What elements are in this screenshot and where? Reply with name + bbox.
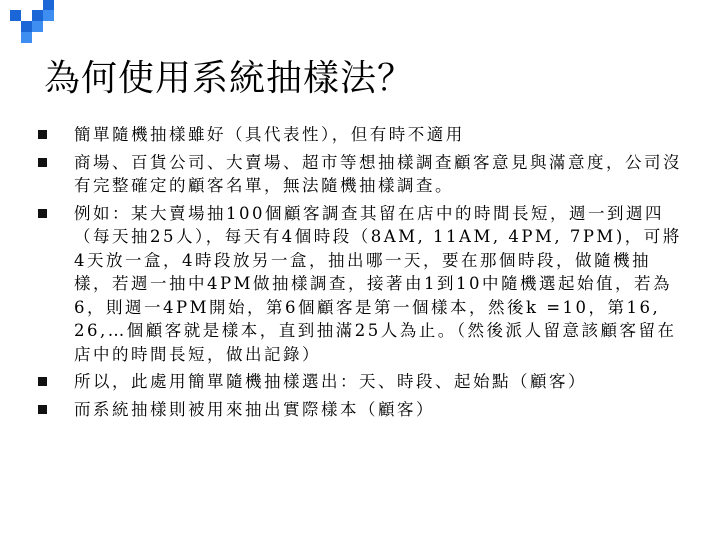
slide-title: 為何使用系統抽樣法？ <box>44 50 414 101</box>
bullet-item: 商場、百貨公司、大賣場、超市等想抽樣調查顧客意見與滿意度，公司沒有完整確定的顧客… <box>38 151 688 198</box>
bullet-item: 簡單隨機抽樣雖好（具代表性），但有時不適用 <box>38 123 688 147</box>
square-bullet-icon <box>38 405 47 414</box>
logo-square <box>10 10 21 21</box>
logo-square <box>21 32 32 43</box>
bullet-text: 簡單隨機抽樣雖好（具代表性），但有時不適用 <box>74 125 465 144</box>
bullet-list: 簡單隨機抽樣雖好（具代表性），但有時不適用 商場、百貨公司、大賣場、超市等想抽樣… <box>38 123 688 425</box>
logo-square <box>21 21 32 32</box>
logo-square <box>32 21 43 32</box>
logo-square <box>43 10 54 21</box>
square-bullet-icon <box>38 130 47 139</box>
bullet-item: 而系統抽樣則被用來抽出實際樣本（顧客） <box>38 398 688 422</box>
square-bullet-icon <box>38 158 47 167</box>
bullet-item: 所以，此處用簡單隨機抽樣選出：天、時段、起始點（顧客） <box>38 370 688 394</box>
bullet-item: 例如：某大賣場抽100個顧客調查其留在店中的時間長短，週一到週四（每天抽25人）… <box>38 202 688 367</box>
logo <box>0 0 60 45</box>
bullet-text: 所以，此處用簡單隨機抽樣選出：天、時段、起始點（顧客） <box>74 372 587 391</box>
logo-square <box>32 10 43 21</box>
square-bullet-icon <box>38 377 47 386</box>
bullet-text: 商場、百貨公司、大賣場、超市等想抽樣調查顧客意見與滿意度，公司沒有完整確定的顧客… <box>74 153 682 196</box>
bullet-text: 例如：某大賣場抽100個顧客調查其留在店中的時間長短，週一到週四（每天抽25人）… <box>74 204 682 364</box>
bullet-text: 而系統抽樣則被用來抽出實際樣本（顧客） <box>74 400 435 419</box>
square-bullet-icon <box>38 209 47 218</box>
